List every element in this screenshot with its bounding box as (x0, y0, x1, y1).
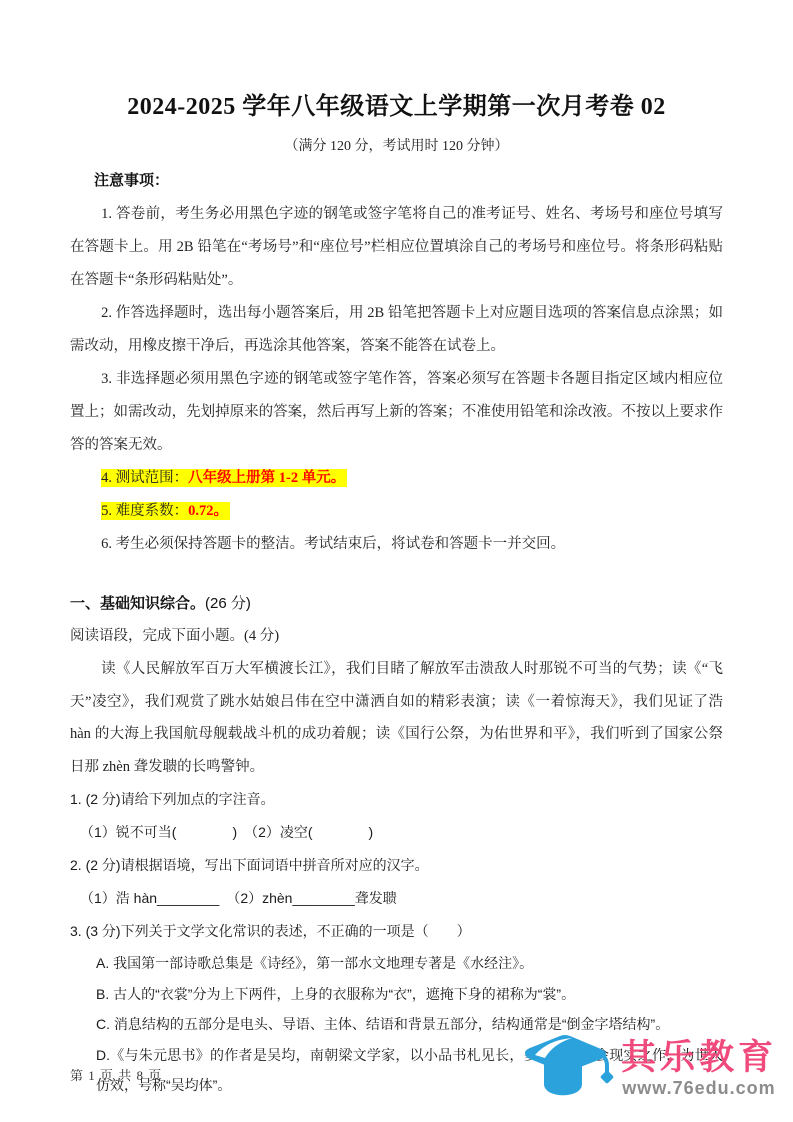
reading-passage: 读《人民解放军百万大军横渡长江》，我们目睹了解放军击溃敌人时那锐不可当的气势；读… (70, 653, 723, 783)
passage-intro: 阅读语段，完成下面小题。(4 分) (70, 620, 723, 653)
page-title: 2024-2025 学年八年级语文上学期第一次月考卷 02 (70, 86, 723, 121)
notice-item-3: 3. 非选择题必须用黑色字迹的钢笔或签字笔作答，答案必须写在答题卡各题目指定区域… (70, 363, 723, 462)
brand-url: www.76edu.com (621, 1077, 777, 1099)
question-3-option-a: A. 我国第一部诗歌总集是《诗经》，第一部水文地理专著是《水经注》。 (70, 948, 723, 979)
page-number: 第 1 页 共 8 页 (70, 1065, 162, 1084)
question-2-stem: 2. (2 分)请根据语境，写出下面词语中拼音所对应的汉字。 (70, 849, 723, 882)
notice-item-5: 5. 难度系数：0.72。 (70, 495, 723, 528)
question-1-stem: 1. (2 分)请给下列加点的字注音。 (70, 783, 723, 816)
brand-logo: 其乐教育 www.76edu.com (515, 1027, 777, 1110)
difficulty-value: 0.72。 (188, 503, 228, 519)
test-scope-highlight: 4. 测试范围：八年级上册第 1-2 单元。 (101, 469, 347, 487)
graduation-cap-icon (515, 1027, 615, 1110)
notice-item-6: 6. 考生必须保持答题卡的整洁。考试结束后，将试卷和答题卡一并交回。 (70, 528, 723, 561)
page-content: 2024-2025 学年八年级语文上学期第一次月考卷 02 （满分 120 分，… (0, 0, 793, 1101)
section-1-score: (26 分) (205, 595, 251, 612)
brand-name: 其乐教育 (621, 1039, 777, 1077)
section-1-heading: 一、基础知识综合。(26 分) (70, 587, 723, 620)
test-scope-value: 八年级上册第 1-2 单元。 (188, 470, 345, 486)
exam-meta-line: （满分 120 分，考试用时 120 分钟） (70, 135, 723, 155)
test-scope-label: 4. 测试范围： (101, 470, 188, 486)
question-1-blanks: （1）锐不可当( ) （2）凌空( ) (70, 816, 723, 849)
question-3-stem: 3. (3 分)下列关于文学文化常识的表述，不正确的一项是（ ） (70, 915, 723, 948)
exam-paper-page: 2024-2025 学年八年级语文上学期第一次月考卷 02 （满分 120 分，… (0, 0, 793, 1122)
difficulty-label: 5. 难度系数： (101, 503, 188, 519)
notice-item-2: 2. 作答选择题时，选出每小题答案后，用 2B 铅笔把答题卡上对应题目选项的答案… (70, 297, 723, 363)
question-2-blanks: （1）浩 hàn________ （2）zhèn________聋发聩 (70, 882, 723, 915)
notice-item-1: 1. 答卷前，考生务必用黑色字迹的钢笔或签字笔将自己的准考证号、姓名、考场号和座… (70, 198, 723, 297)
brand-text-block: 其乐教育 www.76edu.com (621, 1039, 777, 1099)
difficulty-highlight: 5. 难度系数：0.72。 (101, 502, 230, 520)
notice-item-4: 4. 测试范围：八年级上册第 1-2 单元。 (70, 462, 723, 495)
notice-heading: 注意事项： (94, 165, 723, 198)
question-3-option-b: B. 古人的“衣裳”分为上下两件，上身的衣服称为“衣”，遮掩下身的裙称为“裳”。 (70, 979, 723, 1010)
section-1-title: 一、基础知识综合。 (70, 595, 205, 612)
